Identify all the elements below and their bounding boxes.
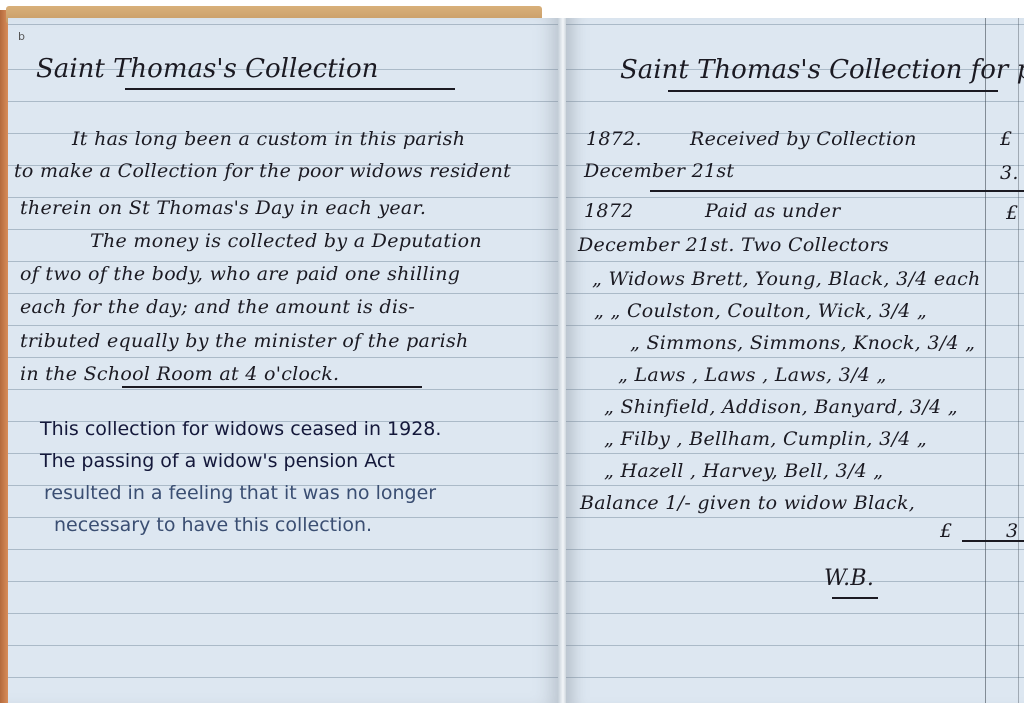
paid-entry: „ Laws , Laws , Laws, 3/4 „ xyxy=(618,366,887,385)
paragraph-line: each for the day; and the amount is dis- xyxy=(20,298,415,317)
book-cover-edge xyxy=(0,10,8,703)
received-date: December 21st xyxy=(584,162,734,181)
later-note-line: This collection for widows ceased in 192… xyxy=(40,420,441,439)
paragraph-line: in the School Room at 4 o'clock. xyxy=(20,365,339,384)
received-label: Received by Collection xyxy=(690,130,917,149)
right-page-title: Saint Thomas's Collection for poor xyxy=(620,57,1024,83)
paragraph-line: to make a Collection for the poor widows… xyxy=(14,162,511,181)
total-rule xyxy=(962,540,1024,542)
total-pound-symbol: £ xyxy=(940,522,952,541)
pound-symbol: £ xyxy=(1000,130,1012,149)
paid-entry: „ Filby , Bellham, Cumplin, 3/4 „ xyxy=(604,430,927,449)
signature-underline xyxy=(832,597,878,599)
later-note-line: resulted in a feeling that it was no lon… xyxy=(44,484,436,503)
ledger-book-spread: b Saint Thomas's Collection It has long … xyxy=(0,0,1024,703)
received-amount: 3. xyxy=(1000,164,1019,183)
left-page-title: Saint Thomas's Collection xyxy=(36,56,378,82)
pencil-mark: b xyxy=(18,30,25,43)
title-underline xyxy=(668,90,998,92)
money-column-rule xyxy=(985,18,986,703)
paid-entry: „ „ Coulston, Coulton, Wick, 3/4 „ xyxy=(594,302,927,321)
paid-entry: „ Hazell , Harvey, Bell, 3/4 „ xyxy=(604,462,883,481)
received-year: 1872. xyxy=(586,130,642,149)
paid-entry: „ Shinfield, Addison, Banyard, 3/4 „ xyxy=(604,398,958,417)
paragraph-line: tributed equally by the minister of the … xyxy=(20,332,469,351)
total-amount: 3 xyxy=(1006,522,1018,541)
later-note-line: necessary to have this collection. xyxy=(54,516,372,535)
paid-entry: „ Simmons, Simmons, Knock, 3/4 „ xyxy=(630,334,975,353)
received-total-rule xyxy=(650,190,1024,192)
paragraph-end-rule xyxy=(122,386,422,388)
title-underline xyxy=(125,88,455,90)
paragraph-line: therein on St Thomas's Day in each year. xyxy=(20,199,426,218)
paragraph-line: It has long been a custom in this parish xyxy=(72,130,465,149)
paid-year: 1872 xyxy=(584,202,634,221)
right-page xyxy=(566,18,1024,703)
paragraph-line: The money is collected by a Deputation xyxy=(90,232,482,251)
initials-signature: W.B. xyxy=(824,568,874,590)
paragraph-line: of two of the body, who are paid one shi… xyxy=(20,265,460,284)
paid-entry: Balance 1/- given to widow Black, xyxy=(580,494,915,513)
paid-date-line: December 21st. Two Collectors xyxy=(578,236,889,255)
paid-label: Paid as under xyxy=(705,202,841,221)
left-page xyxy=(8,18,560,703)
pound-symbol: £ xyxy=(1006,204,1018,223)
later-note-line: The passing of a widow's pension Act xyxy=(40,452,395,471)
money-column-rule xyxy=(1018,18,1019,703)
paid-entry: „ Widows Brett, Young, Black, 3/4 each xyxy=(592,270,981,289)
